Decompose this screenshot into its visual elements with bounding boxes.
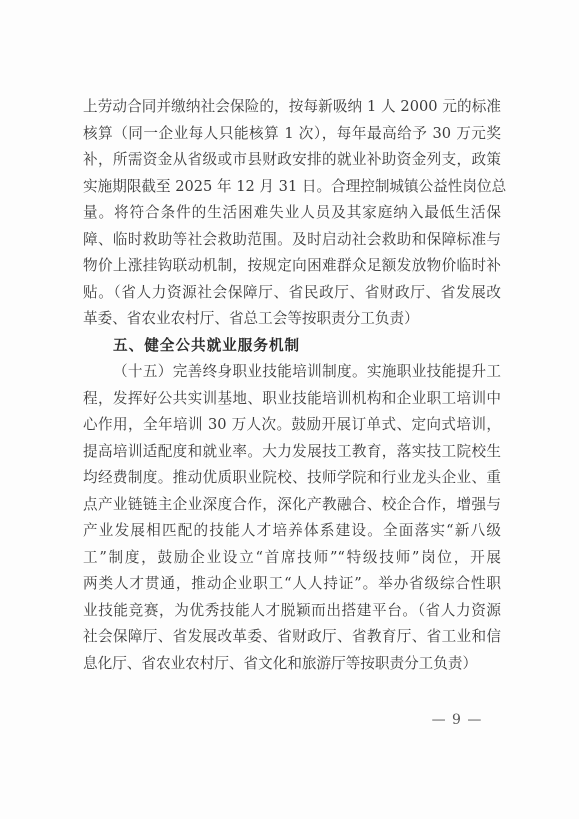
text-line: 两类人才贯通，推动企业职工“人人持证”。举办省级综合性职	[83, 571, 501, 598]
text-line: 点产业链链主企业深度合作，深化产教融合、校企合作，增强与	[83, 492, 501, 519]
text-line: 实施期限截至 2025 年 12 月 31 日。合理控制城镇公益性岗位总	[83, 174, 501, 201]
text-line: 业技能竞赛，为优秀技能人才脱颖而出搭建平台。（省人力资源	[83, 598, 501, 625]
text-line: （十五）完善终身职业技能培训制度。实施职业技能提升工	[83, 359, 501, 386]
text-line: 核算（同一企业每人只能核算 1 次），每年最高给予 30 万元奖	[83, 121, 501, 148]
text-line: 补，所需资金从省级或市县财政安排的就业补助资金列支，政策	[83, 147, 501, 174]
section-heading: 五、健全公共就业服务机制	[83, 333, 501, 360]
paragraph-15: （十五）完善终身职业技能培训制度。实施职业技能提升工 程，发挥好公共实训基地、职…	[83, 359, 501, 677]
text-line: 提高培训适配度和就业率。大力发展技工教育，落实技工院校生	[83, 439, 501, 466]
text-line: 工”制度，鼓励企业设立“首席技师”“特级技师”岗位，开展	[83, 545, 501, 572]
text-line: 革委、省农业农村厅、省总工会等按职责分工负责）	[83, 306, 501, 333]
document-page: 上劳动合同并缴纳社会保险的，按每新吸纳 1 人 2000 元的标准 核算（同一企…	[83, 94, 501, 677]
text-line: 量。将符合条件的生活困难失业人员及其家庭纳入最低生活保	[83, 200, 501, 227]
page-number: — 9 —	[427, 712, 487, 728]
text-line: 贴。（省人力资源社会保障厅、省民政厅、省财政厅、省发展改	[83, 280, 501, 307]
text-line: 产业发展相匹配的技能人才培养体系建设。全面落实“新八级	[83, 518, 501, 545]
text-line: 程，发挥好公共实训基地、职业技能培训机构和企业职工培训中	[83, 386, 501, 413]
text-line: 上劳动合同并缴纳社会保险的，按每新吸纳 1 人 2000 元的标准	[83, 94, 501, 121]
text-line: 社会保障厅、省发展改革委、省财政厅、省教育厅、省工业和信	[83, 624, 501, 651]
text-line: 障、临时救助等社会救助范围。及时启动社会救助和保障标准与	[83, 227, 501, 254]
paragraph-continued: 上劳动合同并缴纳社会保险的，按每新吸纳 1 人 2000 元的标准 核算（同一企…	[83, 94, 501, 333]
text-line: 物价上涨挂钩联动机制，按规定向困难群众足额发放物价临时补	[83, 253, 501, 280]
text-line: 心作用，全年培训 30 万人次。鼓励开展订单式、定向式培训，	[83, 412, 501, 439]
text-line: 均经费制度。推动优质职业院校、技师学院和行业龙头企业、重	[83, 465, 501, 492]
text-line: 息化厅、省农业农村厅、省文化和旅游厅等按职责分工负责）	[83, 651, 501, 678]
